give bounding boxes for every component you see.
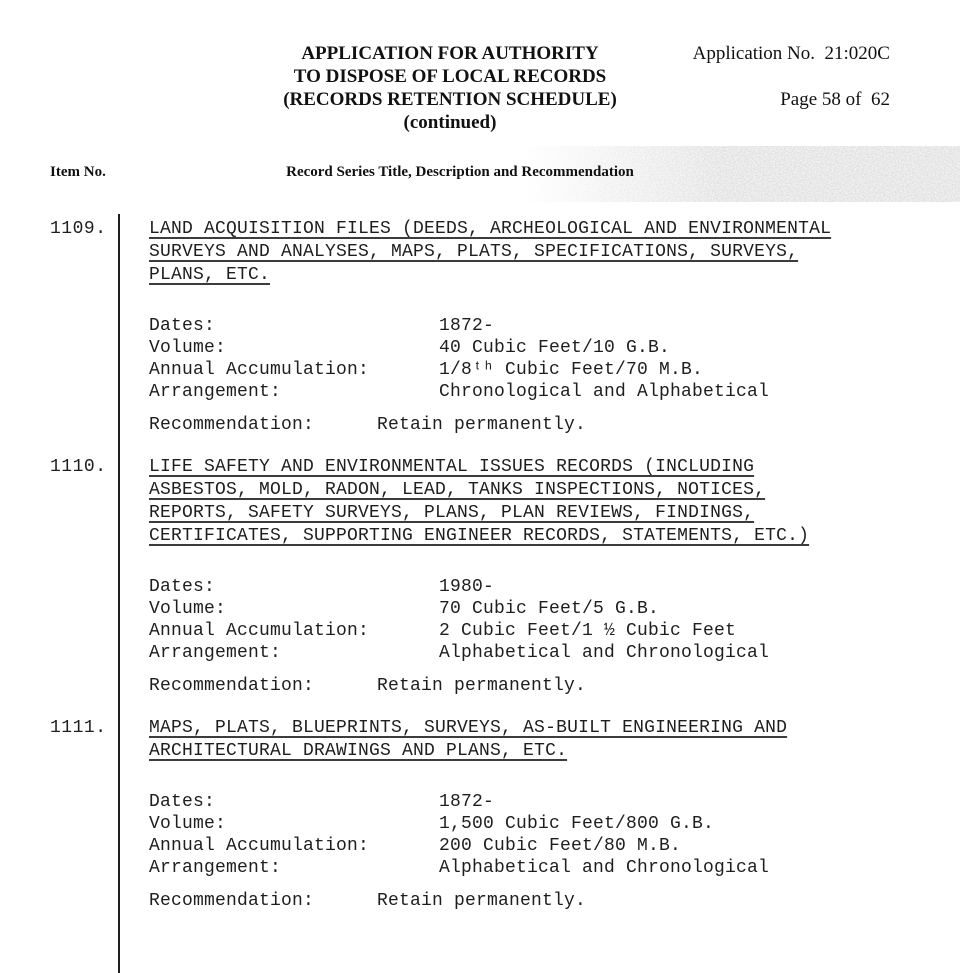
scanned-document-page: APPLICATION FOR AUTHORITY TO DISPOSE OF … bbox=[0, 0, 960, 973]
page-number: Page 58 of 62 bbox=[693, 88, 890, 111]
detail-row: Volume: 40 Cubic Feet/10 G.B. bbox=[149, 337, 924, 359]
detail-label: Annual Accumulation: bbox=[149, 620, 439, 642]
detail-label: Arrangement: bbox=[149, 642, 439, 664]
detail-value: 1/8ᵗʰ Cubic Feet/70 M.B. bbox=[439, 359, 924, 381]
detail-label: Arrangement: bbox=[149, 857, 439, 879]
record-item: 1110. LIFE SAFETY AND ENVIRONMENTAL ISSU… bbox=[0, 456, 960, 717]
item-details: Dates: 1872- Volume: 1,500 Cubic Feet/80… bbox=[149, 791, 924, 879]
column-header-series: Record Series Title, Description and Rec… bbox=[250, 164, 670, 181]
detail-label: Volume: bbox=[149, 598, 439, 620]
detail-value: Alphabetical and Chronological bbox=[439, 857, 924, 879]
detail-row: Arrangement: Alphabetical and Chronologi… bbox=[149, 857, 924, 879]
recommendation-value: Retain permanently. bbox=[377, 890, 924, 912]
item-details: Dates: 1872- Volume: 40 Cubic Feet/10 G.… bbox=[149, 315, 924, 403]
application-number: Application No. 21:020C bbox=[693, 42, 890, 65]
detail-value: 1872- bbox=[439, 315, 924, 337]
record-item: 1111. MAPS, PLATS, BLUEPRINTS, SURVEYS, … bbox=[0, 717, 960, 932]
detail-row: Dates: 1980- bbox=[149, 576, 924, 598]
recommendation-row: Recommendation: Retain permanently. bbox=[149, 675, 924, 697]
detail-row: Annual Accumulation: 2 Cubic Feet/1 ½ Cu… bbox=[149, 620, 924, 642]
detail-label: Volume: bbox=[149, 337, 439, 359]
detail-value: 40 Cubic Feet/10 G.B. bbox=[439, 337, 924, 359]
recommendation-label: Recommendation: bbox=[149, 414, 377, 436]
item-number: 1110. bbox=[0, 456, 118, 479]
detail-row: Arrangement: Alphabetical and Chronologi… bbox=[149, 642, 924, 664]
item-body: LIFE SAFETY AND ENVIRONMENTAL ISSUES REC… bbox=[118, 456, 960, 697]
item-details: Dates: 1980- Volume: 70 Cubic Feet/5 G.B… bbox=[149, 576, 924, 664]
recommendation-label: Recommendation: bbox=[149, 675, 377, 697]
detail-label: Dates: bbox=[149, 791, 439, 813]
header-right-block: Application No. 21:020C Page 58 of 62 bbox=[693, 42, 890, 111]
detail-row: Annual Accumulation: 1/8ᵗʰ Cubic Feet/70… bbox=[149, 359, 924, 381]
record-series-title: LAND ACQUISITION FILES (DEEDS, ARCHEOLOG… bbox=[149, 218, 924, 287]
detail-value: 1,500 Cubic Feet/800 G.B. bbox=[439, 813, 924, 835]
item-number: 1109. bbox=[0, 218, 118, 241]
detail-label: Arrangement: bbox=[149, 381, 439, 403]
recommendation-label: Recommendation: bbox=[149, 890, 377, 912]
recommendation-row: Recommendation: Retain permanently. bbox=[149, 890, 924, 912]
column-header-item-no: Item No. bbox=[50, 164, 106, 181]
item-body: LAND ACQUISITION FILES (DEEDS, ARCHEOLOG… bbox=[118, 218, 960, 436]
detail-value: 1980- bbox=[439, 576, 924, 598]
detail-row: Annual Accumulation: 200 Cubic Feet/80 M… bbox=[149, 835, 924, 857]
recommendation-row: Recommendation: Retain permanently. bbox=[149, 414, 924, 436]
record-item: 1109. LAND ACQUISITION FILES (DEEDS, ARC… bbox=[0, 218, 960, 456]
detail-value: 70 Cubic Feet/5 G.B. bbox=[439, 598, 924, 620]
detail-value: 2 Cubic Feet/1 ½ Cubic Feet bbox=[439, 620, 924, 642]
detail-label: Volume: bbox=[149, 813, 439, 835]
recommendation-value: Retain permanently. bbox=[377, 414, 924, 436]
document-title: APPLICATION FOR AUTHORITY TO DISPOSE OF … bbox=[170, 42, 730, 134]
detail-value: Chronological and Alphabetical bbox=[439, 381, 924, 403]
detail-row: Dates: 1872- bbox=[149, 315, 924, 337]
detail-row: Volume: 70 Cubic Feet/5 G.B. bbox=[149, 598, 924, 620]
detail-row: Arrangement: Chronological and Alphabeti… bbox=[149, 381, 924, 403]
detail-value: Alphabetical and Chronological bbox=[439, 642, 924, 664]
item-body: MAPS, PLATS, BLUEPRINTS, SURVEYS, AS-BUI… bbox=[118, 717, 960, 912]
recommendation-value: Retain permanently. bbox=[377, 675, 924, 697]
item-number: 1111. bbox=[0, 717, 118, 740]
detail-label: Annual Accumulation: bbox=[149, 359, 439, 381]
record-series-title: LIFE SAFETY AND ENVIRONMENTAL ISSUES REC… bbox=[149, 456, 924, 548]
detail-label: Annual Accumulation: bbox=[149, 835, 439, 857]
detail-row: Dates: 1872- bbox=[149, 791, 924, 813]
detail-value: 1872- bbox=[439, 791, 924, 813]
detail-label: Dates: bbox=[149, 315, 439, 337]
record-items-section: 1109. LAND ACQUISITION FILES (DEEDS, ARC… bbox=[0, 210, 960, 973]
detail-label: Dates: bbox=[149, 576, 439, 598]
record-series-title: MAPS, PLATS, BLUEPRINTS, SURVEYS, AS-BUI… bbox=[149, 717, 924, 763]
detail-row: Volume: 1,500 Cubic Feet/800 G.B. bbox=[149, 813, 924, 835]
detail-value: 200 Cubic Feet/80 M.B. bbox=[439, 835, 924, 857]
